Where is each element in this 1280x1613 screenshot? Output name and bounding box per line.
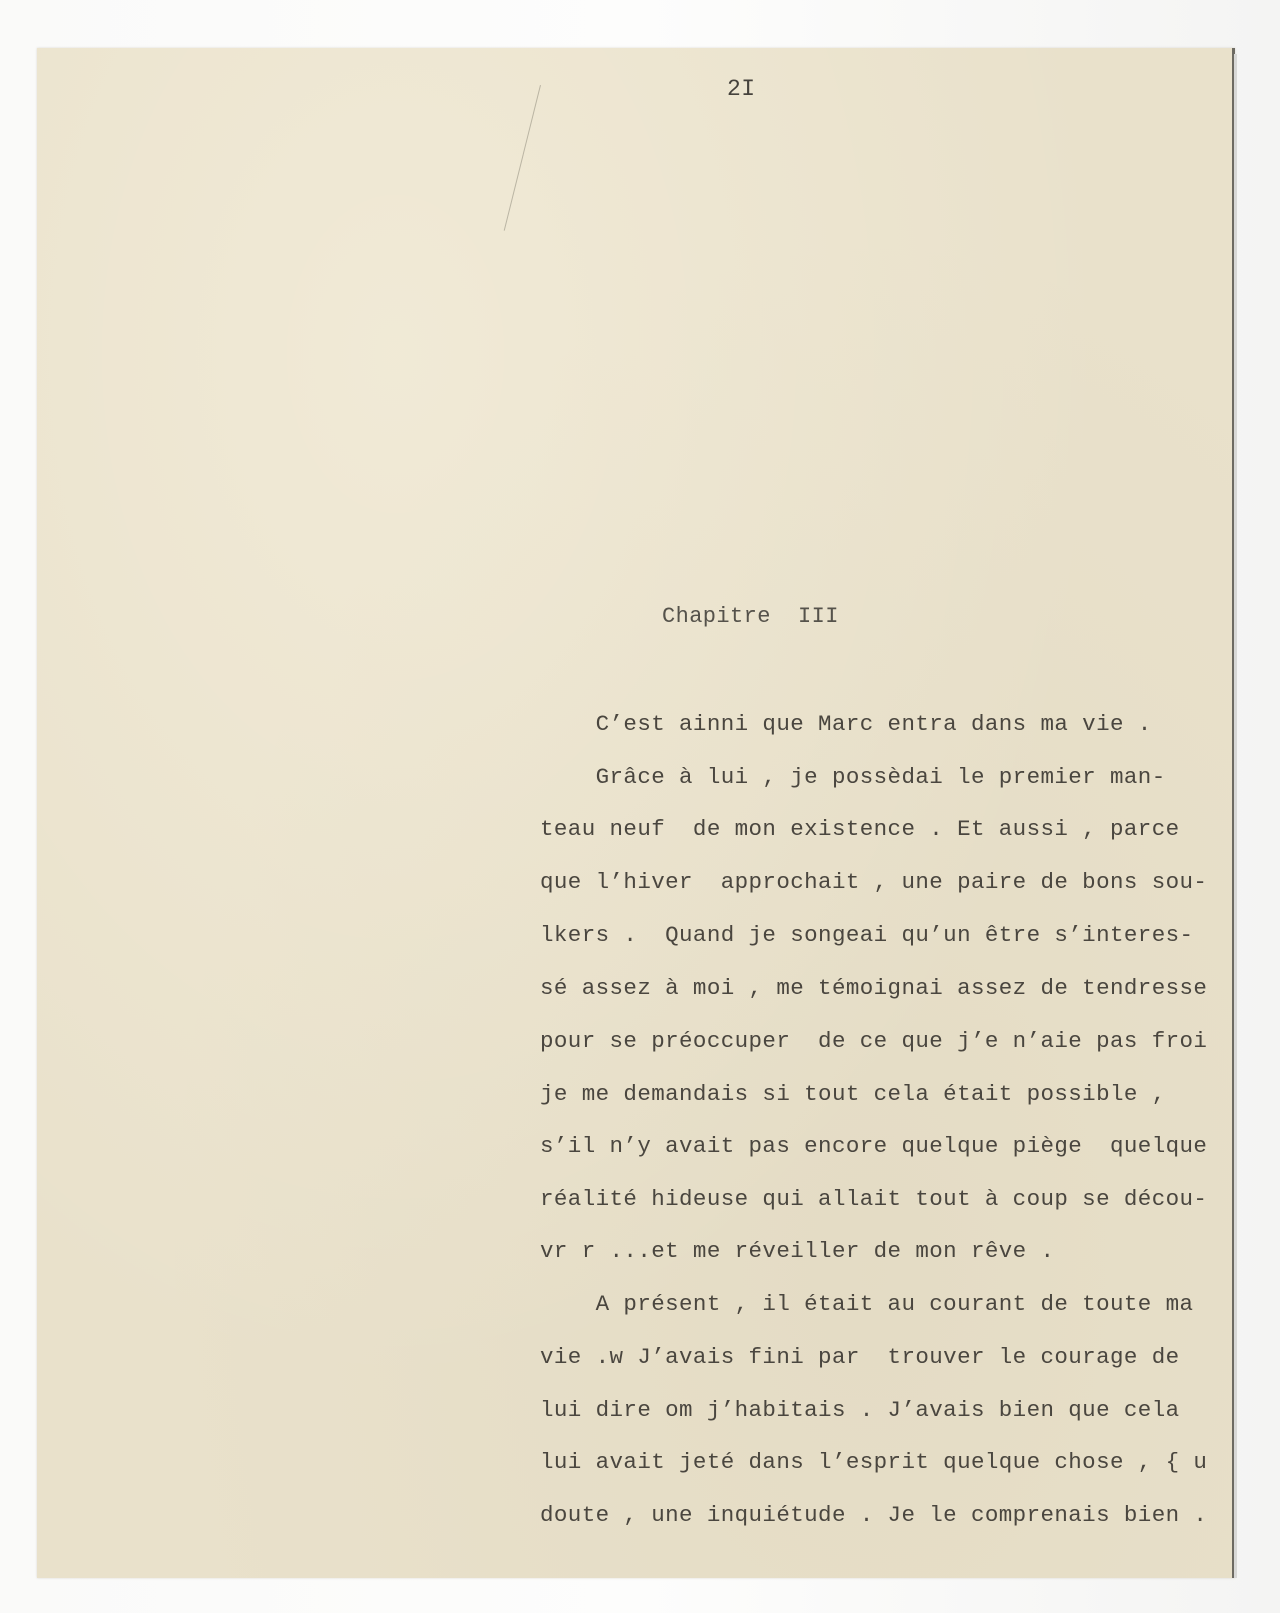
text-line: réalité hideuse qui allait tout à coup s… [540, 1188, 1207, 1211]
text-line: je me demandais si tout cela était possi… [540, 1083, 1166, 1106]
text-line: vr r ...et me réveiller de mon rêve . [540, 1240, 1054, 1263]
text-line: que l’hiver approchait , une paire de bo… [540, 871, 1207, 894]
text-line: lui dire om j’habitais . J’avais bien qu… [540, 1399, 1180, 1422]
text-line: A présent , il était au courant de toute… [540, 1293, 1193, 1316]
text-line: teau neuf de mon existence . Et aussi , … [540, 818, 1180, 841]
text-line: doute , une inquiétude . Je le comprenai… [540, 1504, 1207, 1527]
chapter-title: Chapitre III [662, 606, 839, 628]
text-line: vie .w J’avais fini par trouver le coura… [540, 1346, 1180, 1369]
page-number: 2I [727, 78, 755, 101]
text-line: C’est ainni que Marc entra dans ma vie . [540, 713, 1152, 736]
text-line: lkers . Quand je songeai qu’un être s’in… [540, 924, 1193, 947]
text-line: sé assez à moi , me témoignai assez de t… [540, 977, 1207, 1000]
text-line: pour se préoccuper de ce que j’e n’aie p… [540, 1030, 1207, 1053]
text-line: lui avait jeté dans l’esprit quelque cho… [540, 1451, 1207, 1474]
text-line: Grâce à lui , je possèdai le premier man… [540, 766, 1166, 789]
page-edge [1234, 54, 1237, 1578]
text-line: s’il n’y avait pas encore quelque piège … [540, 1135, 1207, 1158]
